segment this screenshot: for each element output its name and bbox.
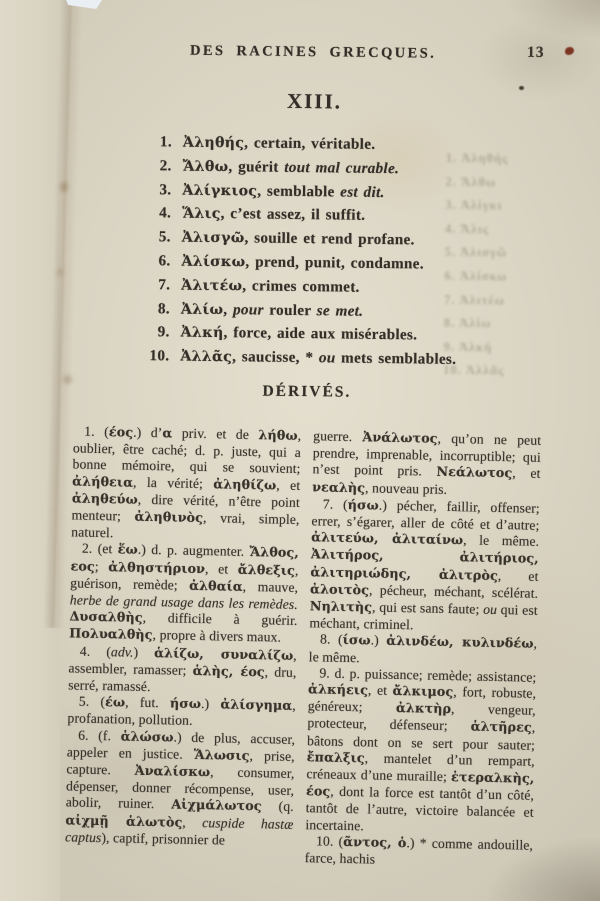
greek-word: ἄλκιμος: [392, 684, 453, 700]
ghost-row: 4. Ἅλις: [445, 222, 575, 247]
greek-word: Ἀλιτέω: [181, 277, 242, 294]
greek-word: Ἀλισγῶ: [182, 230, 245, 247]
derivative-paragraph: 8. (ίσω.) ἀλινδέω, κυλινδέω, le même.: [309, 632, 538, 670]
text-segment: , guérit: [228, 158, 284, 176]
text-segment: ;: [95, 559, 109, 574]
text-segment: 1. (: [84, 424, 109, 439]
greek-word: Ἀλίγκιος: [182, 182, 257, 199]
text-segment: (q.: [262, 799, 294, 815]
greek-word: Ἀλίω: [181, 301, 224, 318]
greek-word: έος: [109, 425, 134, 440]
text-segment: , qui est sans faute;: [372, 599, 483, 616]
ghost-row: 6. Ἀλίσκω: [444, 269, 574, 294]
derivative-paragraph: 9. d. p. puissance; remède; assistance; …: [305, 665, 536, 838]
text-segment: .): [201, 696, 221, 711]
text-segment: , dont la force est tantôt d’un côté, ta…: [305, 784, 534, 833]
text-segment: , et: [276, 477, 300, 492]
text-segment: , semblable: [257, 182, 340, 200]
greek-word: Αἰχμάλωτος: [171, 798, 262, 815]
greek-word: ἀλοιτὸς: [310, 582, 369, 598]
greek-word: ἀληθινὸς: [134, 510, 203, 526]
greek-word: ίσω: [343, 633, 371, 649]
text-segment: 7. (: [323, 496, 348, 511]
ghost-row: 9. Ἀλκή: [443, 340, 573, 365]
greek-word: Πολυαλθὴς: [69, 627, 153, 644]
root-number: 1.: [145, 133, 172, 151]
text-segment: , nouveau pris.: [365, 480, 447, 497]
greek-word: ἀλιτεύω, ἀλιταίνω: [311, 530, 463, 548]
text-segment: ), captif, prisonnier de: [101, 830, 225, 847]
text-segment: tout mal curable.: [284, 159, 399, 177]
ghost-row: 10. Ἀλλᾶς: [443, 363, 573, 388]
derivative-paragraph: 4. (adv.) ἁλίζω, συναλίζω, assembler, ra…: [68, 643, 297, 698]
text-segment: se met.: [317, 302, 364, 320]
text-segment: 9. d. p. puissance; remède; assistance;: [319, 665, 536, 684]
greek-word: Ἀνάλωτος: [362, 430, 437, 447]
text-segment: .) d. p. augmenter.: [138, 542, 250, 559]
text-segment: , mauve,: [243, 579, 299, 595]
greek-word: ἁλὴς, έος: [192, 664, 264, 680]
text-segment: 6. (f.: [78, 727, 121, 743]
greek-word: Ἀληθής: [183, 135, 244, 152]
show-through-column: 1. Ἀληθής2. Ἄλθω3. Ἀλίγκι4. Ἅλις5. Ἀλισγ…: [443, 151, 576, 389]
greek-word: ἁλτῆρες: [470, 720, 532, 736]
derivative-paragraph: guerre. Ἀνάλωτος, qu’on ne peut prendre,…: [312, 428, 541, 500]
text-segment: , et: [205, 561, 238, 577]
root-number: 8.: [143, 300, 170, 318]
text-segment: , saucisse, *: [232, 348, 319, 366]
greek-word: ἀληθεύω: [72, 491, 138, 507]
greek-word: Δυσαλθὴς: [69, 610, 142, 626]
greek-word: ήσω: [170, 697, 201, 713]
greek-word: Νεάλωτος: [436, 465, 512, 482]
text-segment: est dit.: [340, 183, 385, 201]
greek-word: ἀλκτὴρ: [396, 701, 451, 717]
text-segment: pour: [233, 301, 264, 318]
text-segment: , prend, punit, condamne.: [245, 253, 424, 272]
greek-word: ἀλινδέω, κυλινδέω: [386, 634, 534, 652]
right-column: guerre. Ἀνάλωτος, qu’on ne peut prendre,…: [304, 428, 541, 901]
text-segment: , le même.: [463, 532, 539, 549]
root-number: 7.: [143, 276, 170, 294]
derivative-paragraph: 2. (et ἕω.) d. p. augmenter. Ἄλθος, εος;…: [69, 541, 299, 648]
ghost-row: 1. Ἀληθής: [446, 151, 576, 176]
text-segment: , c’est assez, il suffit.: [221, 205, 366, 224]
greek-word: ἀλθαία: [189, 579, 243, 595]
text-segment: , souille et rend profane.: [244, 230, 414, 249]
greek-word: Ἀλλᾶς: [180, 349, 232, 366]
text-segment: , et: [498, 568, 539, 584]
greek-word: ἁλώσω: [121, 729, 174, 745]
greek-word: ἀληθίζω: [213, 477, 276, 493]
greek-word: Νηλιτὴς: [310, 599, 373, 615]
root-number: 10.: [142, 347, 169, 365]
root-number: 4.: [144, 204, 171, 222]
greek-word: αἰχμῇ ἁλωτὸς: [65, 813, 182, 830]
text-segment: adv.: [111, 644, 134, 659]
greek-word: ἁλίζω, συναλίζω: [154, 646, 293, 664]
text-segment: , pécheur, méchant, scélérat.: [369, 582, 538, 600]
text-segment: , la vérité;: [133, 474, 213, 491]
text-segment: 8. (: [320, 632, 343, 647]
greek-word: ᾶντος, ὁ: [343, 835, 406, 851]
section-number: XIII.: [0, 85, 600, 117]
text-segment: ,: [182, 814, 202, 829]
root-number: 3.: [144, 181, 171, 199]
root-number: 9.: [143, 323, 170, 341]
root-number: 5.: [144, 228, 171, 246]
text-segment: , certain, véritable.: [244, 134, 375, 153]
text-segment: ): [133, 644, 154, 659]
derivative-paragraph: 1. (έος.) d’α priv. et de λήθω, oublier,…: [71, 423, 301, 545]
greek-word: λήθω: [258, 428, 298, 444]
greek-word: ἕω: [118, 543, 138, 558]
derivative-paragraph: 5. (έω, fut. ήσω.) ἀλίσγημα, profanation…: [67, 694, 296, 732]
ghost-row: 2. Ἄλθω: [445, 174, 575, 199]
text-segment: , et: [368, 682, 393, 697]
text-segment: , crimes commet.: [242, 277, 360, 295]
greek-word: Ἀναλίσκω: [135, 764, 211, 781]
book-photo: DES RACINES GRECQUES. 13 XIII. 1.Ἀληθής,…: [0, 0, 600, 901]
text-segment: 4. (: [80, 643, 111, 659]
derivative-paragraph: 6. (f. ἁλώσω.) de plus, accuser, appeler…: [65, 727, 295, 850]
greek-word: Ἅλωσις: [194, 748, 250, 764]
greek-word: ἀλήθεια: [72, 474, 133, 490]
ink-fleck: [519, 86, 524, 90]
book-page: DES RACINES GRECQUES. 13 XIII. 1.Ἀληθής,…: [0, 0, 600, 901]
text-segment: , force, aide aux misérables.: [223, 324, 417, 343]
left-column: 1. (έος.) d’α priv. et de λήθω, oublier,…: [64, 423, 301, 901]
root-number: 2.: [145, 157, 172, 175]
derivative-paragraph: 10. (ᾶντος, ὁ.) * comme andouille, farce…: [305, 833, 534, 871]
text-segment: ,: [223, 301, 233, 318]
text-segment: ou: [483, 602, 497, 617]
text-segment: 10. (: [316, 833, 343, 849]
greek-word: Ἀλίσκω: [181, 254, 245, 271]
greek-word: Ἄλθω: [183, 158, 229, 175]
text-segment: 5. (: [79, 694, 106, 710]
greek-word: α: [162, 426, 172, 441]
text-segment: 2. (et: [82, 541, 118, 557]
text-segment: , fut.: [125, 695, 170, 711]
greek-word: ἀλίσγημα: [220, 698, 292, 714]
text-segment: ou: [319, 349, 336, 366]
text-segment: .): [371, 633, 387, 648]
text-segment: , et: [512, 466, 540, 482]
running-title: DES RACINES GRECQUES.: [0, 40, 600, 64]
text-segment: priv. et de: [172, 425, 258, 442]
greek-word: ἀλκήεις: [308, 682, 368, 698]
text-segment: , difficile à guérir.: [143, 610, 298, 628]
greek-word: ἔπαλξις: [307, 750, 365, 766]
text-segment: .) d’: [133, 425, 163, 441]
text-segment: mets semblables.: [335, 350, 456, 368]
greek-word: Ἀλκή: [181, 325, 224, 342]
greek-word: Ἅλις: [182, 206, 221, 222]
greek-word: νεαλὴς: [312, 480, 365, 496]
derivatives-columns: 1. (έος.) d’α priv. et de λήθω, oublier,…: [64, 423, 541, 901]
greek-word: έω: [105, 695, 125, 710]
page-number: 13: [527, 44, 545, 62]
greek-word: ήσω: [348, 498, 379, 514]
text-segment: rouler: [264, 301, 317, 319]
text-segment: herbe de grand usage dans les remèdes.: [70, 592, 298, 612]
ghost-row: 8. Ἀλίω: [444, 316, 574, 341]
ghost-row: 7. Ἀλιτέω: [444, 292, 574, 317]
text-segment: guerre.: [313, 428, 363, 444]
derivative-paragraph: 7. (ήσω.) pécher, faillir, offenser; err…: [309, 496, 540, 636]
greek-word: ἄλθεξις: [238, 562, 295, 578]
ghost-row: 3. Ἀλίγκι: [445, 198, 575, 223]
root-number: 6.: [143, 252, 170, 270]
ghost-row: 5. Ἀλισγῶ: [444, 245, 574, 270]
greek-word: ἀλθηστήριον: [108, 560, 205, 577]
text-segment: , propre à divers maux.: [152, 627, 281, 645]
